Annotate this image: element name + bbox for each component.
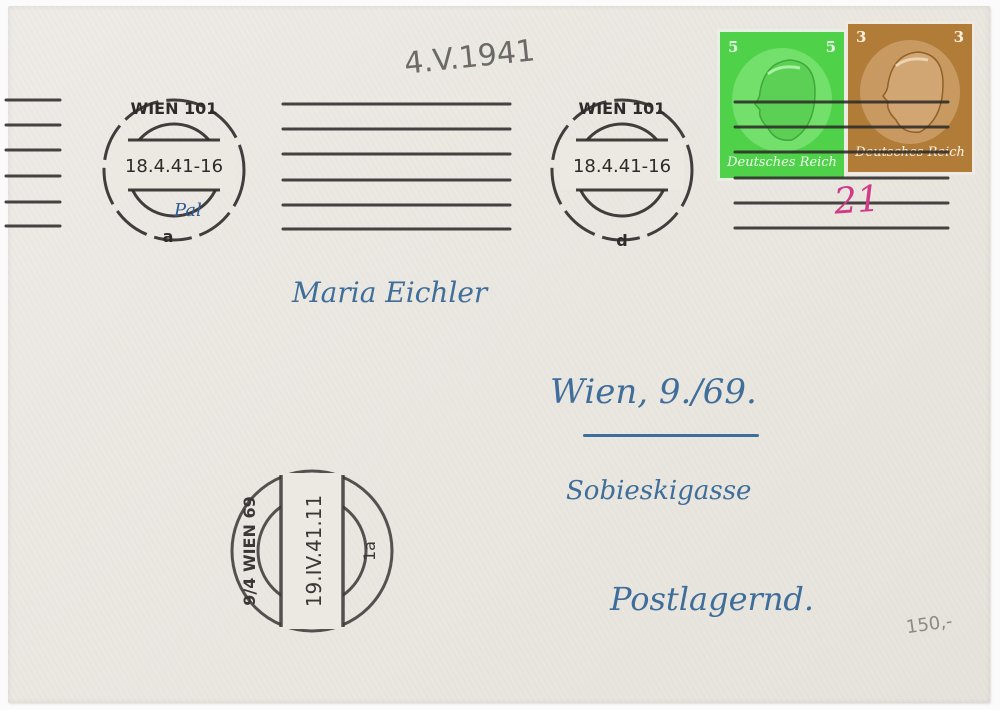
red-number-annotation: 21 bbox=[833, 178, 882, 222]
postmark-date: 19.IV.41.11 bbox=[302, 495, 326, 607]
postmark-wien-101-a: 18.4.41-16 WIEN 101 a bbox=[88, 92, 260, 252]
recipient-city: Wien, 9./69. bbox=[550, 372, 757, 412]
postmark-top-text: WIEN 101 bbox=[131, 99, 218, 118]
postmark-bottom-letter: d bbox=[616, 231, 627, 250]
postmark-date: 18.4.41-16 bbox=[573, 156, 671, 177]
postmark-wien-69-arrival: 19.IV.41.11 1a 9/4 WIEN 69 bbox=[222, 464, 402, 638]
postmark-top-text: 9/4 WIEN 69 bbox=[240, 496, 259, 605]
city-underline bbox=[583, 434, 759, 437]
recipient-street: Sobieskigasse bbox=[566, 476, 751, 506]
postmark-bottom-letter: a bbox=[163, 227, 174, 246]
postmark-wien-101-d: 18.4.41-16 WIEN 101 d bbox=[536, 92, 708, 252]
recipient-name: Maria Eichler bbox=[292, 276, 487, 309]
postmark-top-text: WIEN 101 bbox=[579, 99, 666, 118]
blue-initial-annotation: Pal bbox=[174, 200, 202, 221]
postmark-side-text: 1a bbox=[360, 541, 379, 561]
postmark-date: 18.4.41-16 bbox=[125, 156, 223, 177]
delivery-note: Postlagernd. bbox=[610, 580, 814, 618]
